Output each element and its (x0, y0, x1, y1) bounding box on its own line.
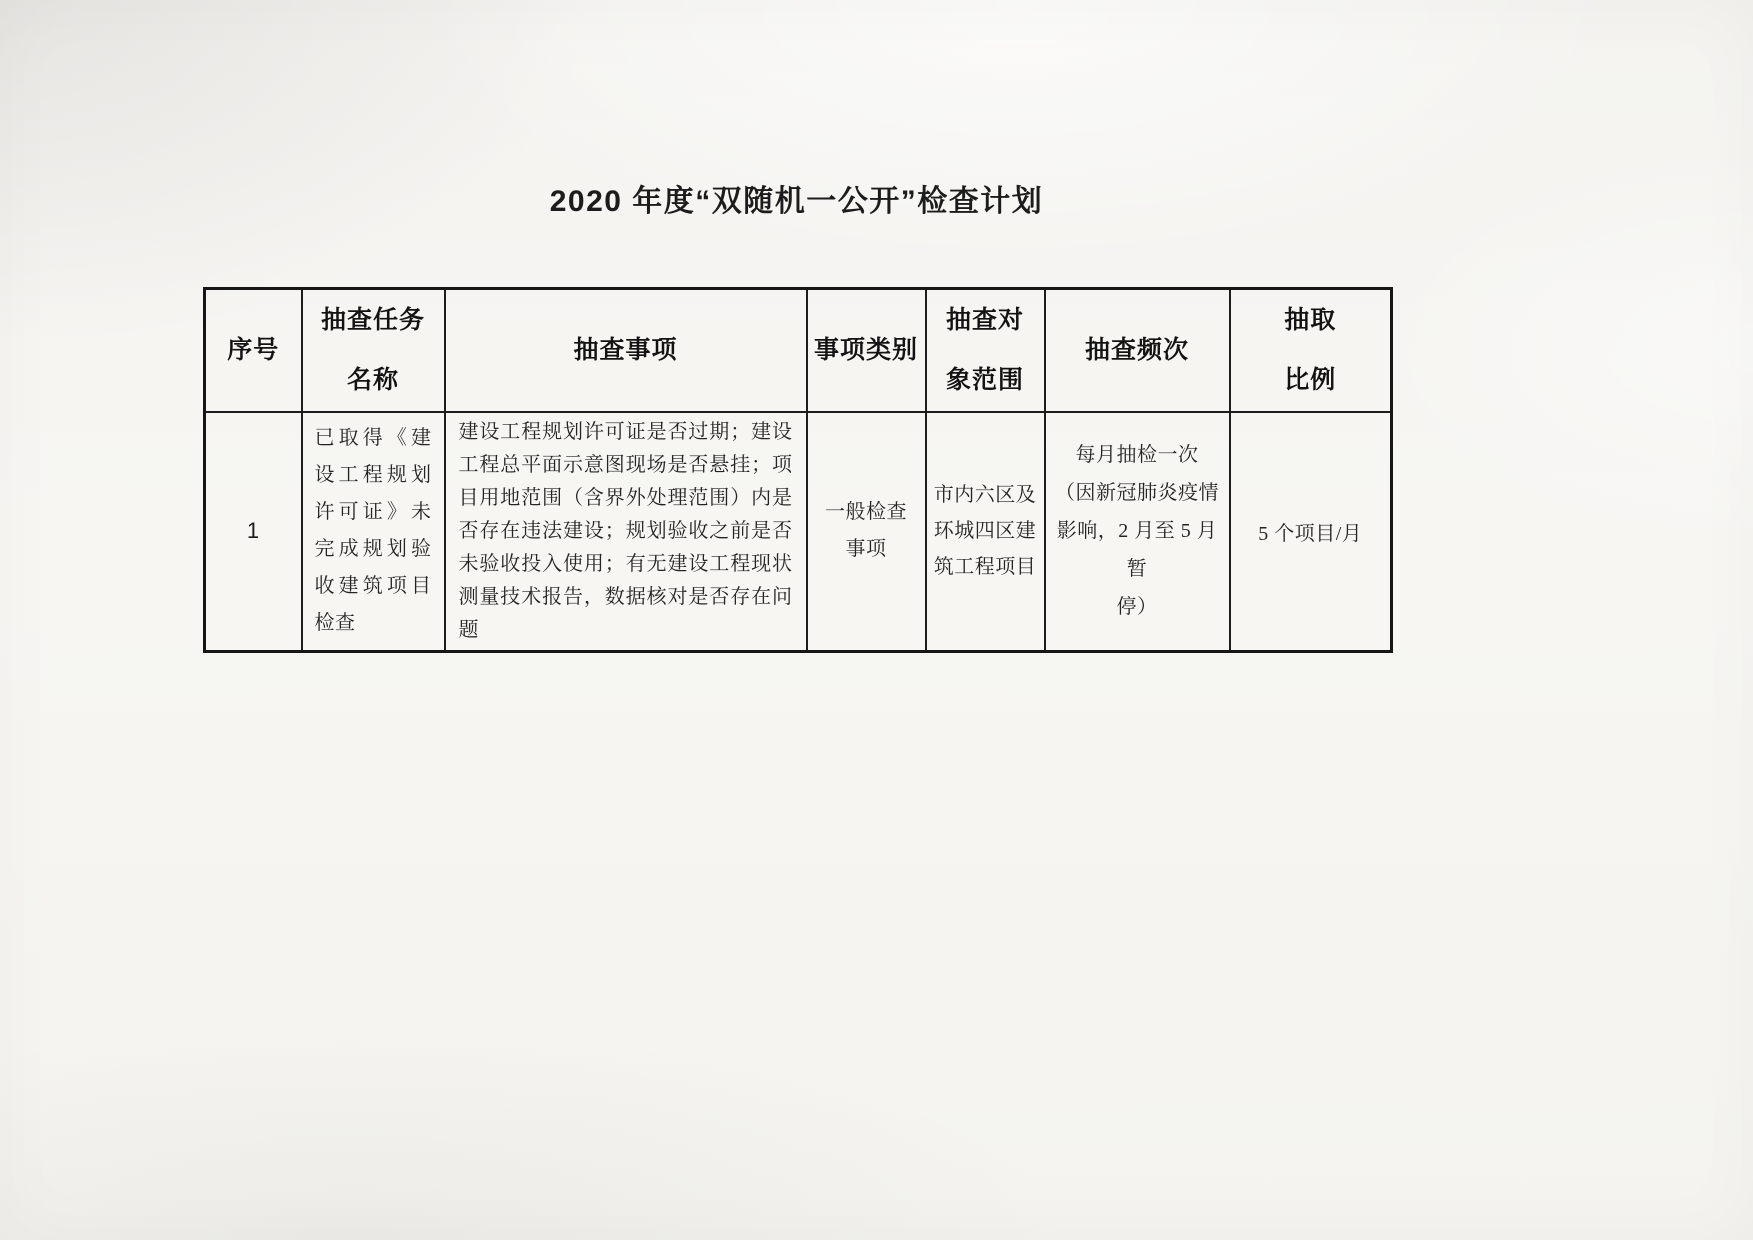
table-row: 1 已取得《建设工程规划许可证》未完成规划验收建筑项目检查 建设工程规划许可证是… (205, 412, 1392, 652)
cell-task-name: 已取得《建设工程规划许可证》未完成规划验收建筑项目检查 (302, 412, 445, 652)
table-body: 1 已取得《建设工程规划许可证》未完成规划验收建筑项目检查 建设工程规划许可证是… (205, 412, 1392, 652)
cell-inspection-items: 建设工程规划许可证是否过期；建设工程总平面示意图现场是否悬挂；项目用地范围（含界… (445, 412, 807, 652)
text-line: 一般检查 (809, 494, 924, 531)
cell-target-scope: 市内六区及环城四区建筑工程项目 (926, 412, 1045, 652)
col-header-category: 事项类别 (807, 289, 926, 412)
text-line: 抽查对 (931, 290, 1040, 350)
scanned-document-page: 2020 年度“双随机一公开”检查计划 序号 抽查任务名称 抽查事项 事项类别 … (0, 0, 1753, 1240)
text-line: 每月抽检一次 (1052, 436, 1223, 474)
col-header-items: 抽查事项 (445, 289, 807, 412)
text-line: 事项类别 (812, 320, 921, 380)
text-line: 比例 (1235, 350, 1387, 410)
text-line: 停） (1052, 588, 1223, 626)
col-header-serial: 序号 (205, 289, 302, 412)
table-header-row: 序号 抽查任务名称 抽查事项 事项类别 抽查对象范围 抽查频次 抽取比例 (205, 289, 1392, 412)
text-line: 抽取 (1235, 290, 1387, 350)
text-line: 象范围 (931, 350, 1040, 410)
cell-frequency: 每月抽检一次（因新冠肺炎疫情影响，2 月至 5 月暂停） (1045, 412, 1230, 652)
cell-sampling-ratio: 5 个项目/月 (1230, 412, 1392, 652)
inspection-plan-table: 序号 抽查任务名称 抽查事项 事项类别 抽查对象范围 抽查频次 抽取比例 1 已… (203, 287, 1393, 653)
col-header-ratio: 抽取比例 (1230, 289, 1392, 412)
document-title: 2020 年度“双随机一公开”检查计划 (203, 176, 1390, 220)
text-line: 抽查任务 (307, 290, 440, 350)
col-header-scope: 抽查对象范围 (926, 289, 1045, 412)
col-header-frequency: 抽查频次 (1045, 289, 1230, 412)
text-line: 筑工程项目 (928, 549, 1043, 585)
text-line: 事项 (809, 531, 924, 568)
text-line: 序号 (210, 320, 297, 380)
cell-serial-number: 1 (205, 412, 302, 652)
col-header-task-name: 抽查任务名称 (302, 289, 445, 412)
header-row: 序号 抽查任务名称 抽查事项 事项类别 抽查对象范围 抽查频次 抽取比例 (205, 289, 1392, 412)
text-line: 抽查事项 (450, 320, 802, 380)
text-line: 抽查频次 (1050, 320, 1225, 380)
text-line: （因新冠肺炎疫情 (1052, 474, 1223, 512)
text-line: 影响，2 月至 5 月暂 (1052, 512, 1223, 588)
text-line: 市内六区及 (928, 477, 1043, 513)
text-line: 环城四区建 (928, 513, 1043, 549)
cell-item-category: 一般检查事项 (807, 412, 926, 652)
text-line: 名称 (307, 350, 440, 410)
